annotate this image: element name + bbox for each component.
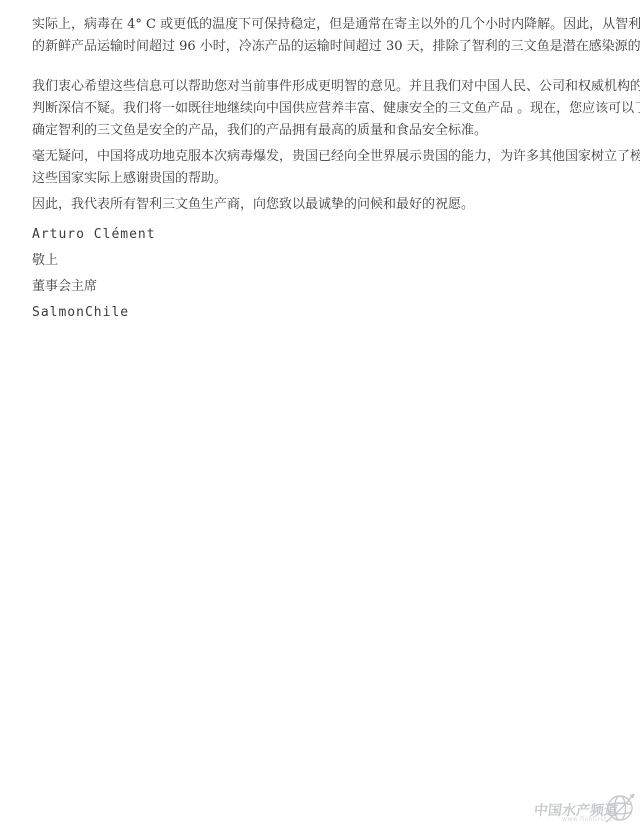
paragraph-3: 毫无疑问，中国将成功地克服本次病毒爆发，贵国已经向全世界展示贵国的能力，为许多其… — [32, 146, 612, 190]
watermark: 中国水产频道 www.fishfirst.cn — [524, 792, 634, 826]
text-line: 实际上，病毒在 4° C 或更低的温度下可保持稳定，但是通常在寄主以外的几个小时… — [32, 14, 612, 36]
paragraph-2: 我们衷心希望这些信息可以帮助您对当前事件形成更明智的意见。并且我们对中国人民、公… — [32, 76, 612, 142]
signature-salute: 敬上 — [32, 250, 612, 272]
text-line: 这些国家实际上感谢贵国的帮助。 — [32, 168, 612, 190]
signature-name: Arturo Clément — [32, 224, 612, 246]
signature-title: 董事会主席 — [32, 276, 612, 298]
letter-body: 实际上，病毒在 4° C 或更低的温度下可保持稳定，但是通常在寄主以外的几个小时… — [32, 14, 612, 328]
signature-company: SalmonChile — [32, 302, 612, 324]
watermark-url: www.fishfirst.cn — [562, 816, 618, 823]
text-line: 判断深信不疑。我们将一如既往地继续向中国供应营养丰富、健康安全的三文鱼产品 。现… — [32, 98, 612, 120]
text-line: 确定智利的三文鱼是安全的产品，我们的产品拥有最高的质量和食品安全标准。 — [32, 120, 612, 142]
paragraph-4: 因此，我代表所有智利三文鱼生产商，向您致以最诚挚的问候和最好的祝愿。 — [32, 194, 612, 216]
watermark-text: 中国水产频道 — [533, 800, 619, 820]
text-line: 毫无疑问，中国将成功地克服本次病毒爆发，贵国已经向全世界展示贵国的能力，为许多其… — [32, 146, 612, 168]
text-line: 的新鲜产品运输时间超过 96 小时，冷冻产品的运输时间超过 30 天，排除了智利… — [32, 36, 612, 58]
text-line: 因此，我代表所有智利三文鱼生产商，向您致以最诚挚的问候和最好的祝愿。 — [32, 194, 612, 216]
paragraph-1: 实际上，病毒在 4° C 或更低的温度下可保持稳定，但是通常在寄主以外的几个小时… — [32, 14, 612, 58]
text-line: 我们衷心希望这些信息可以帮助您对当前事件形成更明智的意见。并且我们对中国人民、公… — [32, 76, 612, 98]
globe-icon — [604, 792, 636, 824]
